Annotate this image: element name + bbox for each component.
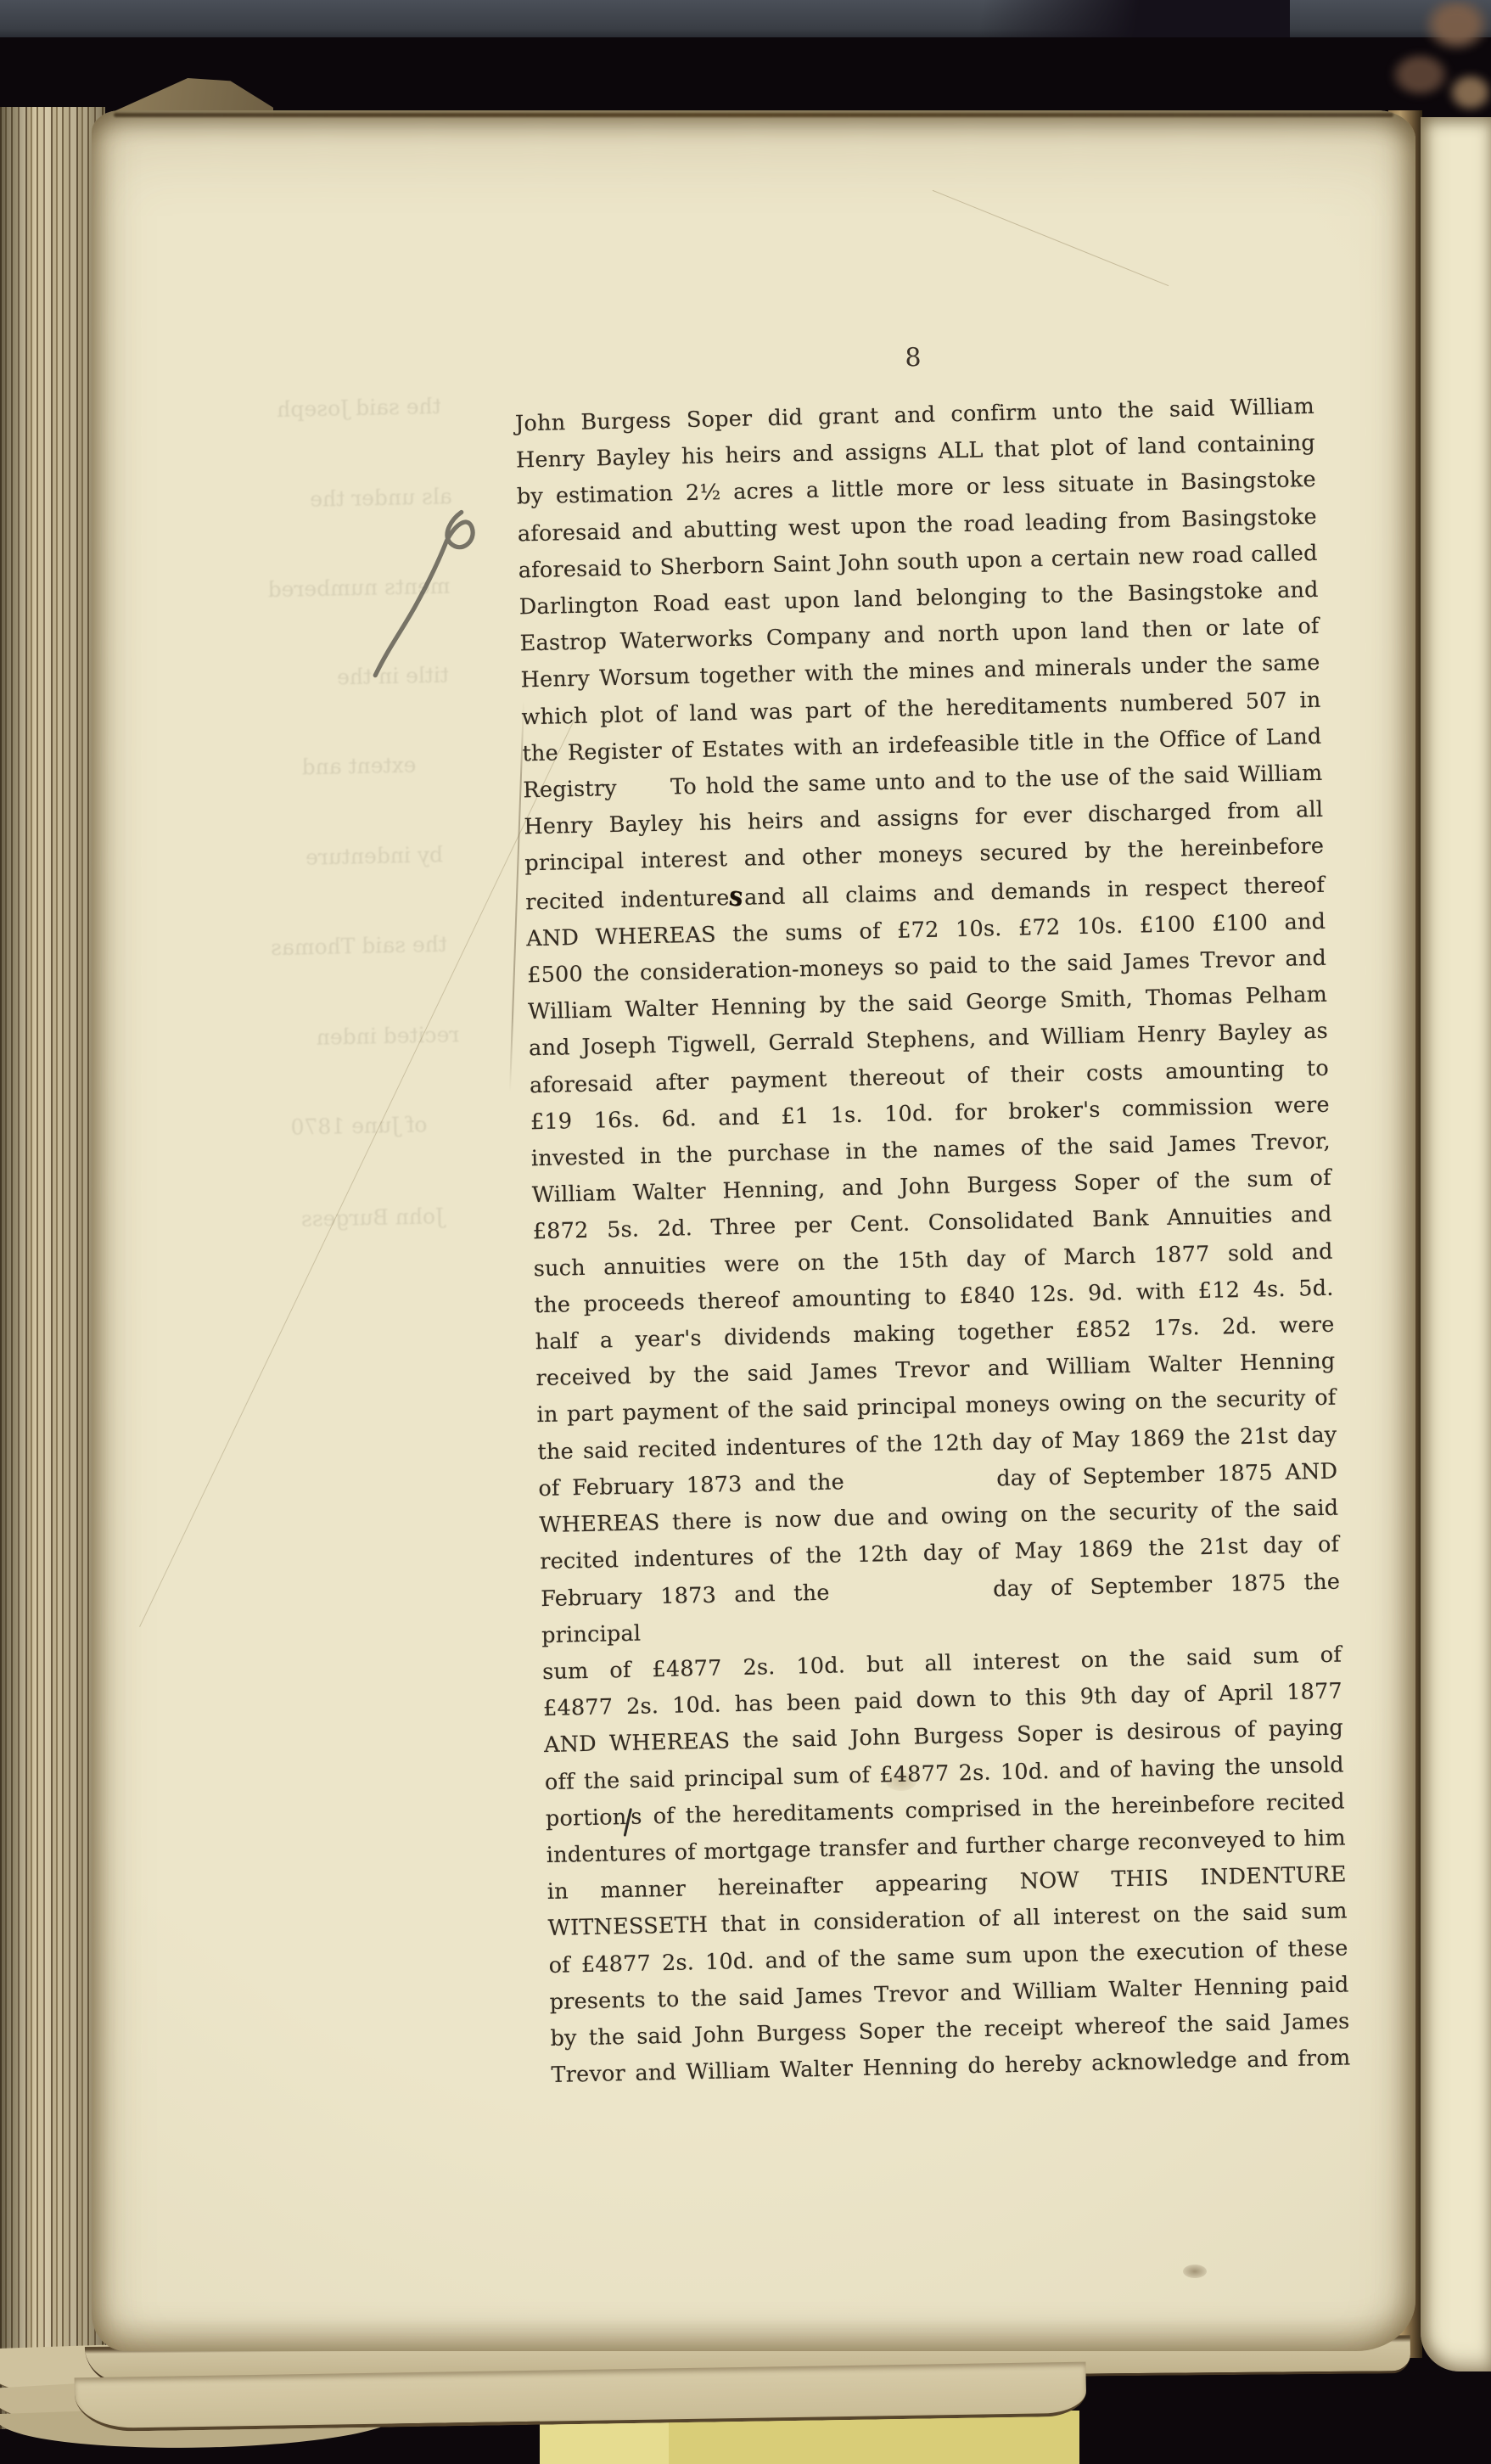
- show-through-text: the said Joseph: [236, 393, 483, 424]
- printed-content: 8 John Burgess Soper did grant and confi…: [513, 333, 1351, 2094]
- pencil-scribble-icon: [334, 485, 502, 683]
- show-through-text: of June 1870: [236, 1111, 483, 1142]
- show-through-text: extent and: [236, 751, 483, 782]
- page-scratch: [933, 190, 1169, 286]
- show-through-text: by indenture: [251, 841, 498, 872]
- backdrop-shadow-wedge: [849, 0, 1290, 42]
- facing-page-edge: [1421, 117, 1491, 2371]
- handwritten-s-correction: s: [727, 875, 745, 918]
- wide-space: [626, 794, 662, 795]
- book-photograph: the said Josephals under thements number…: [0, 0, 1491, 2464]
- show-through-text: John Burgess: [249, 1203, 496, 1233]
- show-through-text: the said Thomas: [236, 931, 483, 962]
- document-page: the said Josephals under thements number…: [92, 110, 1415, 2351]
- blank-day-space: [848, 1596, 975, 1598]
- left-page-stack-shading: [0, 107, 105, 2429]
- page-stain: [1183, 2265, 1207, 2278]
- page-crease: [139, 715, 577, 1627]
- pen-stroke-mark: [624, 1808, 632, 1837]
- indenture-text-block: John Burgess Soper did grant and confirm…: [515, 389, 1351, 2094]
- blank-day-space: [857, 1486, 984, 1489]
- page-number: 8: [513, 333, 1314, 384]
- show-through-text: recited inden: [265, 1021, 512, 1052]
